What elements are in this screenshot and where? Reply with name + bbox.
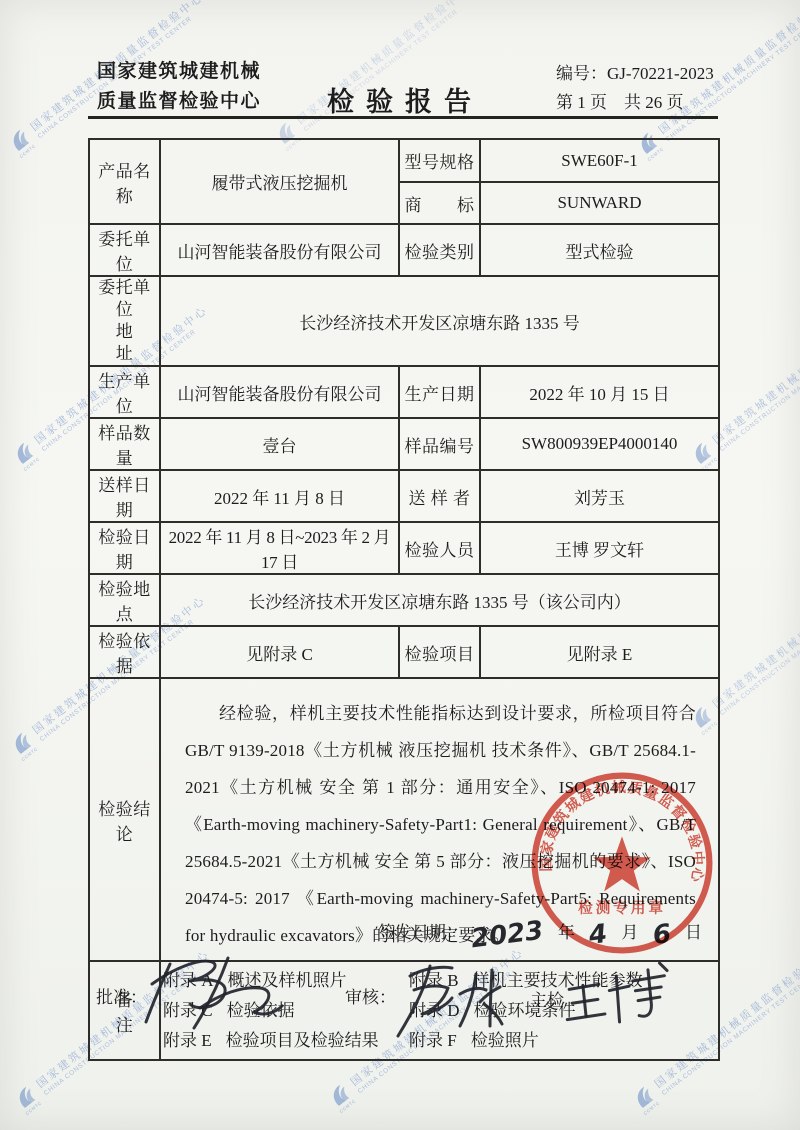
deliverer-value: 刘芳玉 — [480, 470, 719, 522]
ccmtc-logo-icon: CCMTC — [5, 726, 42, 764]
inspect-type-label: 检验类别 — [399, 224, 480, 276]
inspection-date-value: 2022 年 11 月 8 日~2023 年 2 月 17 日 — [160, 522, 399, 574]
production-date-value: 2022 年 10 月 15 日 — [480, 366, 719, 418]
header-rule — [88, 116, 718, 119]
product-value: 履带式液压挖掘机 — [160, 139, 399, 224]
model-value: SWE60F-1 — [480, 139, 719, 182]
org-name: 国家建筑城建机械 质量监督检验中心 — [97, 57, 261, 117]
model-label: 型号规格 — [399, 139, 480, 182]
sample-qty-value: 壹台 — [160, 418, 399, 470]
ccmtc-logo-icon: CCMTC — [9, 1080, 46, 1118]
location-label: 检验地点 — [89, 574, 160, 626]
svg-text:CCMTC: CCMTC — [19, 143, 37, 159]
page-indicator: 第 1 页 共 26 页 — [556, 88, 714, 117]
sample-qty-label: 样品数量 — [89, 418, 160, 470]
items-label: 检验项目 — [399, 626, 480, 678]
conclusion-cell: 经检验，样机主要技术性能指标达到设计要求，所检项目符合 GB/T 9139-20… — [160, 678, 719, 961]
client-value: 山河智能装备股份有限公司 — [160, 224, 399, 276]
brand-value: SUNWARD — [480, 182, 719, 224]
product-label: 产品名称 — [89, 139, 160, 224]
svg-text:CCMTC: CCMTC — [23, 456, 41, 472]
watermark-text-cn: 国家建筑城建机械质量监督检验中心 — [711, 568, 800, 711]
location-value: 长沙经济技术开发区凉塘东路 1335 号（该公司内） — [160, 574, 719, 626]
deliverer-label: 送 样 者 — [399, 470, 480, 522]
sample-no-label: 样品编号 — [399, 418, 480, 470]
background-watermark: CCMTC 国家建筑城建机械质量监督检验中心 CHINA CONSTRUCTIO… — [269, 0, 481, 155]
brand-label: 商 标 — [399, 182, 480, 224]
sign-year-handwritten: 2023 — [470, 916, 545, 955]
svg-text:CCMTC: CCMTC — [25, 1100, 43, 1116]
watermark-text-en: CHINA CONSTRUCTION MACHINERY TEST CENTER — [718, 578, 800, 717]
inspection-date-label: 检验日期 — [89, 522, 160, 574]
client-address-value: 长沙经济技术开发区凉塘东路 1335 号 — [160, 276, 719, 366]
client-address-label: 委托单位 地 址 — [89, 276, 160, 366]
review-signature — [388, 956, 520, 1052]
production-date-label: 生产日期 — [399, 366, 480, 418]
svg-text:CCMTC: CCMTC — [21, 746, 39, 762]
ccmtc-logo-icon: CCMTC — [627, 1080, 664, 1118]
report-number: 编号：GJ-70221-2023 — [556, 59, 714, 88]
sign-date-label: 签发日期： — [378, 923, 463, 942]
delivery-date-value: 2022 年 11 月 8 日 — [160, 470, 399, 522]
client-label: 委托单位 — [89, 224, 160, 276]
svg-text:CCMTC: CCMTC — [339, 1098, 357, 1114]
sign-month-handwritten: 4 — [587, 919, 609, 951]
manufacturer-value: 山河智能装备股份有限公司 — [160, 366, 399, 418]
svg-text:CCMTC: CCMTC — [643, 1100, 661, 1116]
basis-label: 检验依据 — [89, 626, 160, 678]
conclusion-text: 经检验，样机主要技术性能指标达到设计要求，所检项目符合 GB/T 9139-20… — [185, 695, 696, 954]
org-name-line1: 国家建筑城建机械 — [97, 57, 261, 87]
org-name-line2: 质量监督检验中心 — [97, 87, 261, 117]
items-value: 见附录 E — [480, 626, 719, 678]
report-info-table: 产品名称 履带式液压挖掘机 型号规格 SWE60F-1 商 标 SUNWARD … — [88, 138, 720, 1061]
ccmtc-logo-icon: CCMTC — [3, 123, 40, 161]
report-meta: 编号：GJ-70221-2023 第 1 页 共 26 页 — [556, 59, 714, 117]
report-page: CCMTC 国家建筑城建机械质量监督检验中心 CHINA CONSTRUCTIO… — [0, 0, 800, 1130]
report-title: 检验报告 — [255, 80, 555, 119]
sign-date-line: 签发日期： 2023 年 4 月 6 日 — [378, 918, 708, 950]
inspectors-value: 王博 罗文轩 — [480, 522, 719, 574]
approve-signature — [136, 948, 296, 1040]
chief-inspector-signature — [553, 954, 683, 1046]
ccmtc-logo-icon: CCMTC — [323, 1078, 360, 1116]
inspectors-label: 检验人员 — [399, 522, 480, 574]
manufacturer-label: 生产单位 — [89, 366, 160, 418]
delivery-date-label: 送样日期 — [89, 470, 160, 522]
ccmtc-logo-icon: CCMTC — [7, 436, 44, 474]
watermark-text-cn: 国家建筑城建机械质量监督检验中心 — [711, 304, 800, 447]
sample-no-value: SW800939EP4000140 — [480, 418, 719, 470]
conclusion-label: 检验结论 — [89, 678, 160, 961]
basis-value: 见附录 C — [160, 626, 399, 678]
inspect-type-value: 型式检验 — [480, 224, 719, 276]
watermark-text-en: CHINA CONSTRUCTION MACHINERY TEST CENTER — [718, 314, 800, 453]
sign-day-handwritten: 6 — [651, 919, 673, 951]
